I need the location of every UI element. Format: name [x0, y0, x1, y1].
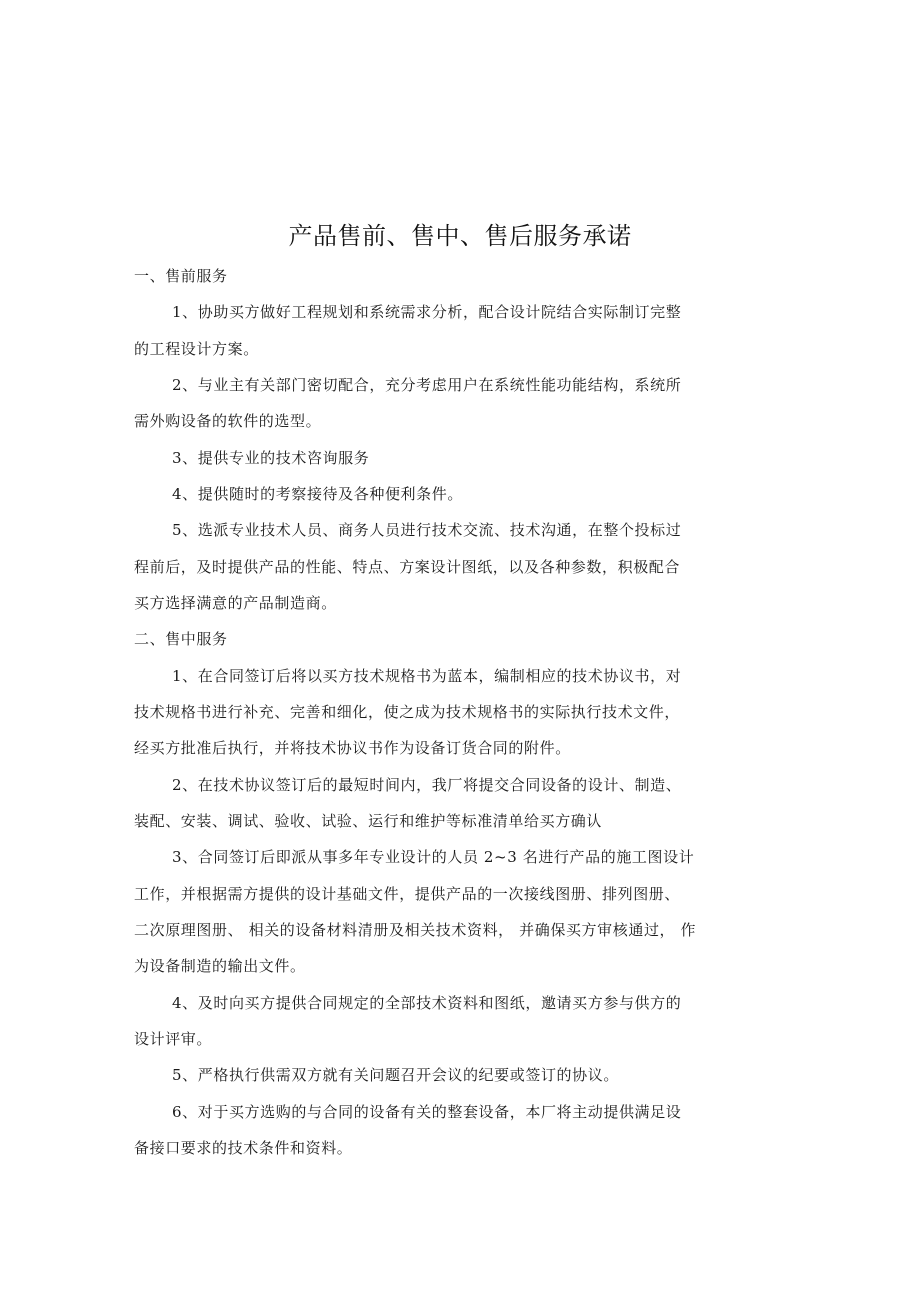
paragraph-line: 工作，并根据需方提供的设计基础文件，提供产品的一次接线图册、排列图册、	[134, 883, 680, 905]
paragraph-line: 程前后，及时提供产品的性能、特点、方案设计图纸，以及各种参数，积极配合	[134, 556, 680, 578]
paragraph-line: 6、对于买方选购的与合同的设备有关的整套设备，本厂将主动提供满足设	[172, 1101, 681, 1123]
paragraph-line: 经买方批准后执行，并将技术协议书作为设备订货合同的附件。	[134, 737, 571, 759]
paragraph-line: 为设备制造的输出文件。	[134, 955, 306, 977]
paragraph-line: 的工程设计方案。	[134, 338, 259, 360]
paragraph-line: 技术规格书进行补充、完善和细化，使之成为技术规格书的实际执行技术文件，	[134, 701, 680, 723]
paragraph-line: 需外购设备的软件的选型。	[134, 410, 321, 432]
section-heading-midsale: 二、售中服务	[134, 628, 228, 650]
section-heading-presale: 一、售前服务	[134, 265, 228, 287]
paragraph-line: 4、及时向买方提供合同规定的全部技术资料和图纸，邀请买方参与供方的	[172, 992, 681, 1014]
paragraph-line: 4、提供随时的考察接待及各种便利条件。	[172, 483, 463, 505]
document-title: 产品售前、售中、售后服务承诺	[0, 218, 920, 254]
paragraph-line: 5、严格执行供需双方就有关问题召开会议的纪要或签订的协议。	[172, 1064, 619, 1086]
document-page: 产品售前、售中、售后服务承诺 一、售前服务 1、协助买方做好工程规划和系统需求分…	[0, 0, 920, 1303]
paragraph-line: 1、在合同签订后将以买方技术规格书为蓝本，编制相应的技术协议书，对	[172, 665, 681, 687]
paragraph-line: 买方选择满意的产品制造商。	[134, 592, 337, 614]
paragraph-line: 装配、安装、调试、验收、试验、运行和维护等标准清单给买方确认	[134, 810, 602, 832]
paragraph-line: 3、合同签订后即派从事多年专业设计的人员 2~3 名进行产品的施工图设计	[172, 846, 694, 868]
paragraph-line: 二次原理图册、 相关的设备材料清册及相关技术资料， 并确保买方审核通过， 作	[134, 919, 696, 941]
paragraph-line: 2、在技术协议签订后的最短时间内，我厂将提交合同设备的设计、制造、	[172, 774, 681, 796]
paragraph-line: 设计评审。	[134, 1028, 212, 1050]
paragraph-line: 2、与业主有关部门密切配合，充分考虑用户在系统性能功能结构，系统所	[172, 374, 681, 396]
paragraph-line: 1、协助买方做好工程规划和系统需求分析，配合设计院结合实际制订完整	[172, 301, 681, 323]
paragraph-line: 备接口要求的技术条件和资料。	[134, 1137, 352, 1159]
paragraph-line: 5、选派专业技术人员、商务人员进行技术交流、技术沟通，在整个投标过	[172, 519, 681, 541]
paragraph-line: 3、提供专业的技术咨询服务	[172, 447, 369, 469]
